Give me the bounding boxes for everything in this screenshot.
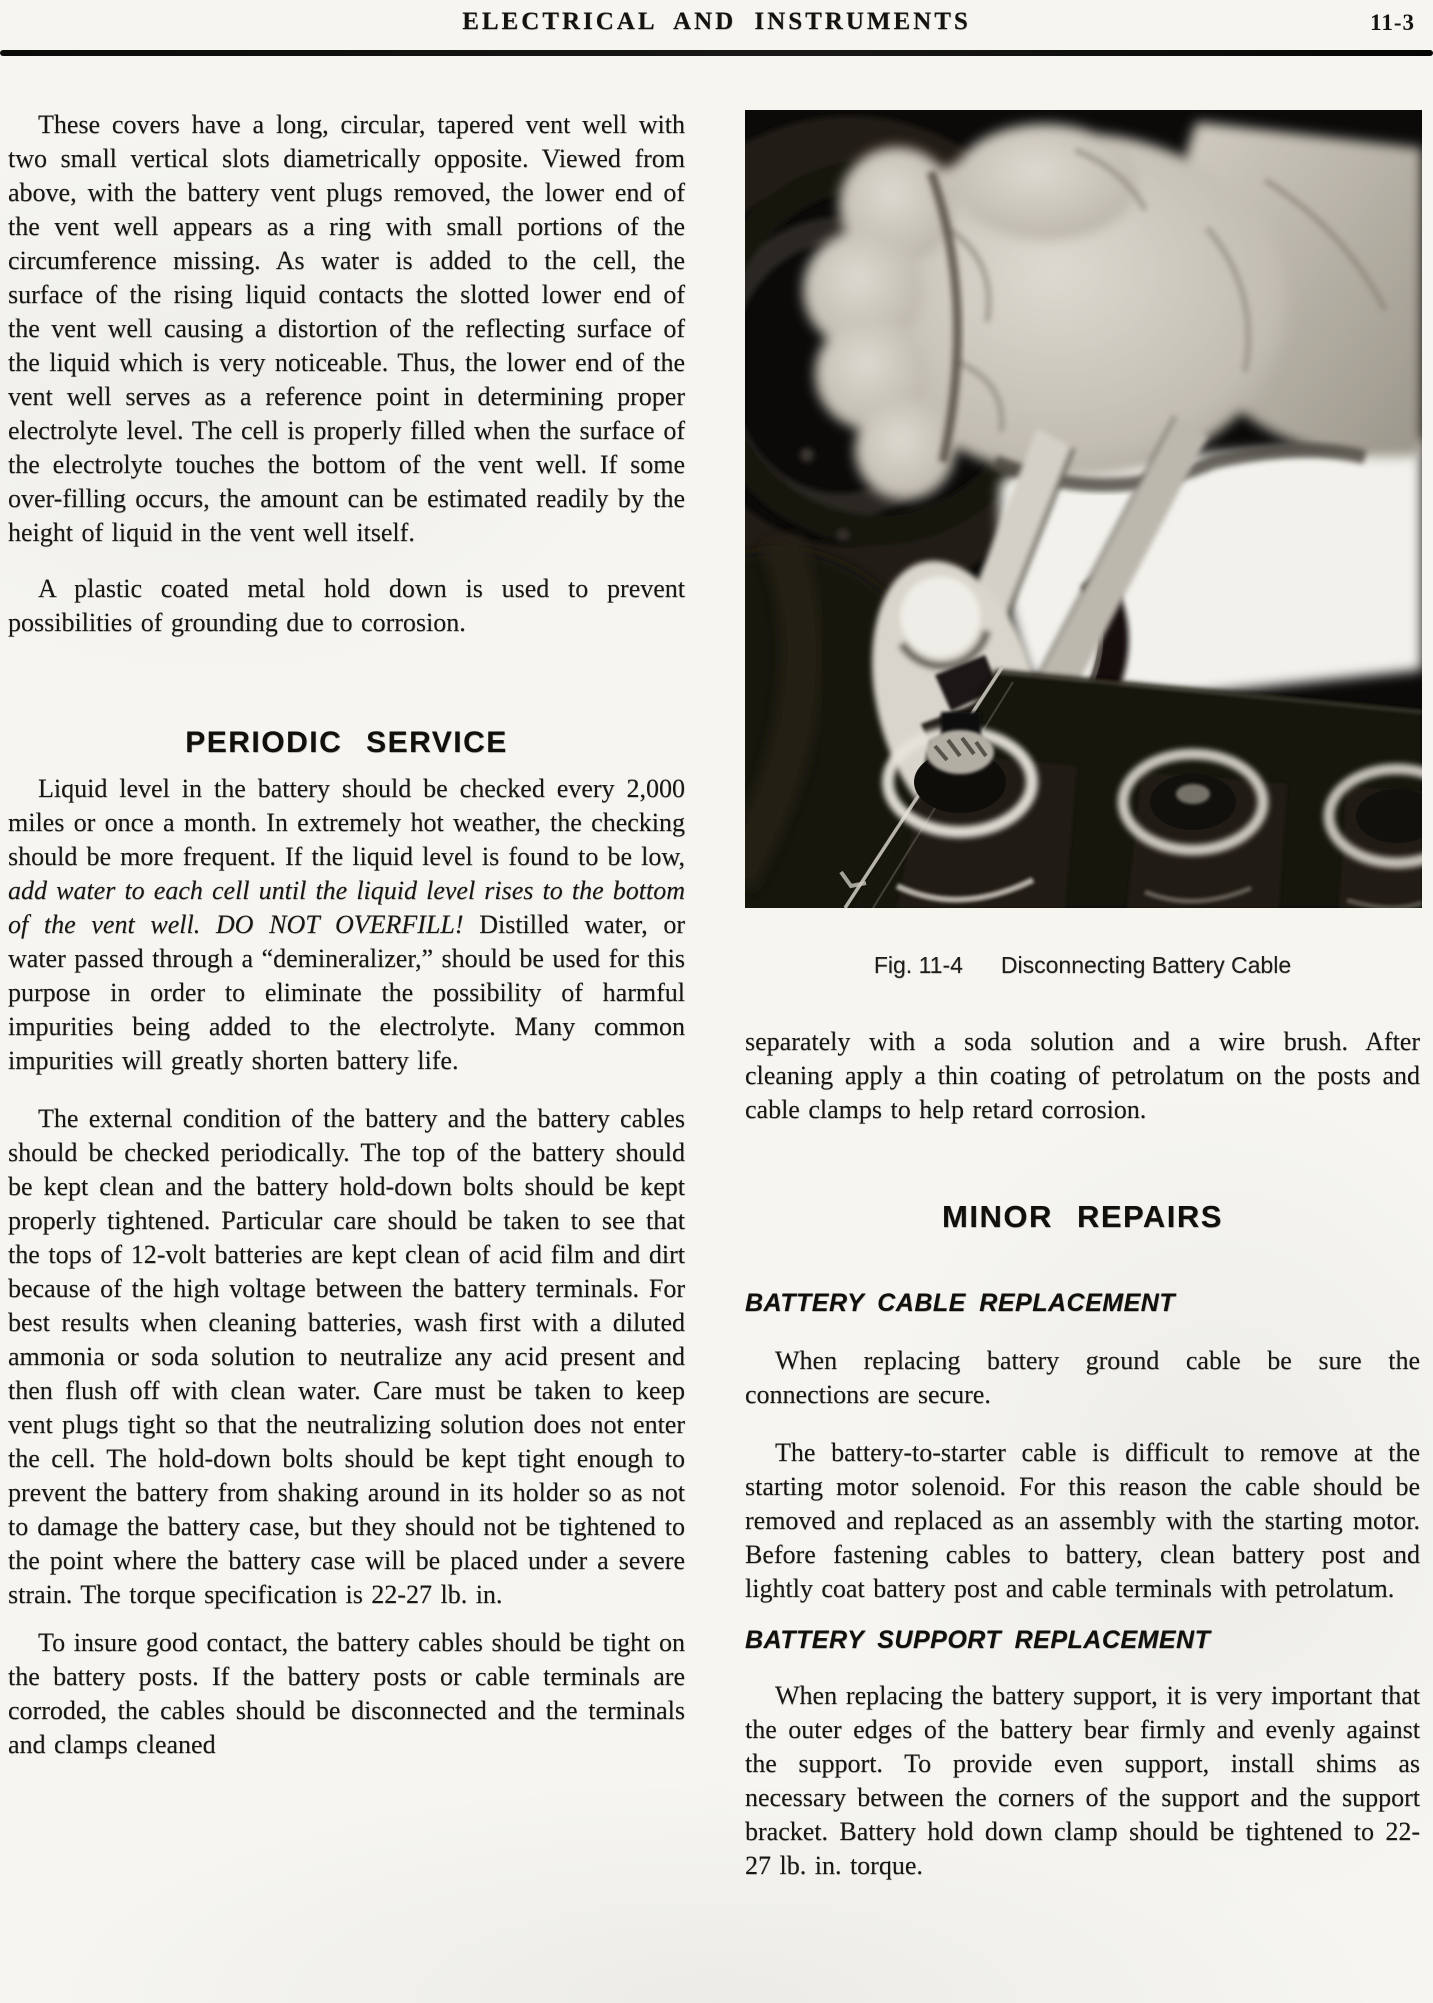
minor-repairs-heading: MINOR REPAIRS: [745, 1199, 1420, 1235]
periodic-service-heading: PERIODIC SERVICE: [8, 726, 685, 760]
paragraph-battery-support: When replacing the battery support, it i…: [745, 1679, 1420, 1883]
figure-label: Fig. 11-4: [874, 952, 963, 979]
battery-cable-photo: [745, 110, 1422, 908]
battery-support-replacement-heading: BATTERY SUPPORT REPLACEMENT: [745, 1626, 1420, 1655]
page-header-title: ELECTRICAL AND INSTRUMENTS: [0, 8, 1433, 36]
page-number: 11-3: [1370, 10, 1415, 36]
right-column: Fig. 11-4 Disconnecting Battery Cable se…: [745, 110, 1420, 1883]
manual-page: ELECTRICAL AND INSTRUMENTS 11-3 These co…: [0, 0, 1433, 2003]
paragraph-separately-cleaning: separately with a soda solution and a wi…: [745, 1025, 1420, 1127]
figure-11-4: Fig. 11-4 Disconnecting Battery Cable: [745, 110, 1420, 979]
figure-caption: Fig. 11-4 Disconnecting Battery Cable: [745, 952, 1420, 979]
disconnecting-battery-cable-illustration: [745, 110, 1422, 908]
figure-title: Disconnecting Battery Cable: [1001, 952, 1291, 979]
paragraph-starter-cable: The battery-to-starter cable is difficul…: [745, 1436, 1420, 1606]
header-rule: [0, 50, 1433, 56]
left-column: These covers have a long, circular, tape…: [8, 108, 685, 1762]
paragraph-ground-cable: When replacing battery ground cable be s…: [745, 1344, 1420, 1412]
paragraph-hold-down: A plastic coated metal hold down is used…: [8, 572, 685, 640]
paragraph-vent-well: These covers have a long, circular, tape…: [8, 108, 685, 550]
battery-cable-replacement-heading: BATTERY CABLE REPLACEMENT: [745, 1289, 1420, 1318]
paragraph-external-condition: The external condition of the battery an…: [8, 1102, 685, 1612]
paragraph-liquid-level: Liquid level in the battery should be ch…: [8, 772, 685, 1078]
paragraph-good-contact: To insure good contact, the battery cabl…: [8, 1626, 685, 1762]
